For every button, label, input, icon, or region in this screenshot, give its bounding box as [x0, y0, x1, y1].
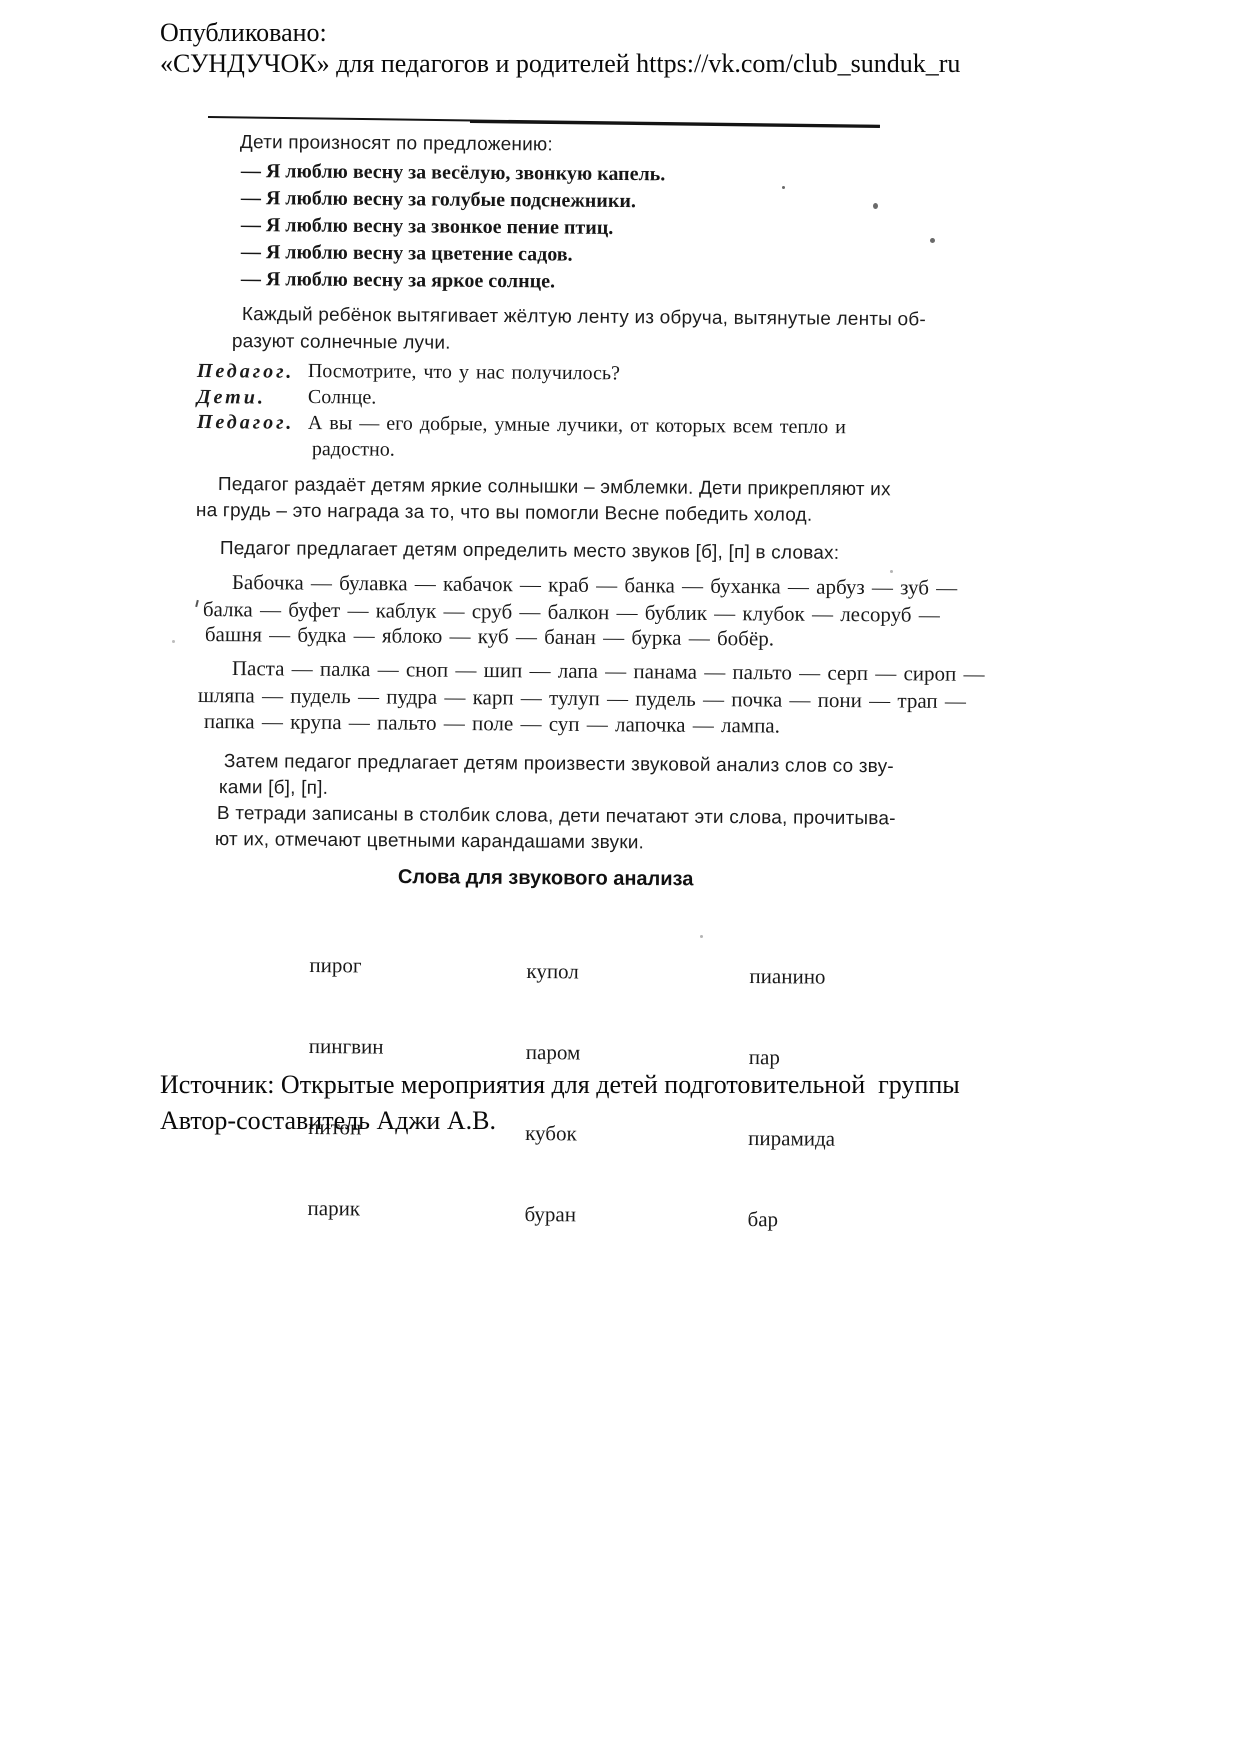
published-source: «СУНДУЧОК» для педагогов и родителей htt…	[160, 49, 960, 79]
scan-speck	[890, 570, 893, 573]
scan-task-line: Педагог предлагает детям определить мест…	[220, 538, 839, 565]
scan-love-line: — Я люблю весну за весёлую, звонкую капе…	[241, 160, 666, 186]
word: пирог	[309, 952, 384, 980]
scan-words-p-line: папка — крупа — пальто — поле — суп — ла…	[204, 709, 780, 739]
scan-words-b-line: башня — будка — яблоко — куб — банан — б…	[205, 622, 774, 651]
scan-ribbon-line1: Каждый ребёнок вытягивает жёлтую ленту и…	[242, 304, 926, 331]
speaker-text-cont: радостно.	[312, 438, 395, 462]
word: купол	[526, 958, 581, 985]
scan-line-intro: Дети произносят по предложению:	[240, 132, 553, 156]
scan-speck	[782, 186, 785, 189]
scan-love-line: — Я люблю весну за голубые подснежники.	[241, 187, 636, 213]
scan-words-p-line: Паста — палка — сноп — шип — лапа — пана…	[232, 656, 985, 687]
source-line2: Автор-составитель Аджи А.В.	[160, 1106, 496, 1136]
speaker-label: Педагог.	[197, 411, 295, 435]
scan-analysis-line: Затем педагог предлагает детям произвест…	[224, 751, 894, 778]
word: пирамида	[748, 1125, 835, 1153]
scan-analysis-line: ками [б], [п].	[219, 777, 328, 800]
speaker-text: Солнце.	[308, 386, 377, 410]
speaker-text: А вы — его добрые, умные лучики, от кото…	[308, 412, 846, 439]
speaker-label: Педагог.	[197, 360, 295, 384]
scan-speck	[195, 600, 199, 607]
words-title: Слова для звукового анализа	[398, 866, 694, 891]
scan-love-line: — Я люблю весну за цветение садов.	[241, 241, 573, 267]
scan-words-b-line: Бабочка — булавка — кабачок — краб — бан…	[232, 570, 958, 601]
scan-ribbon-line2: разуют солнечные лучи.	[232, 331, 451, 355]
word: бар	[747, 1206, 834, 1234]
speaker-label: Дети.	[197, 386, 266, 410]
source-line1: Источник: Открытые мероприятия для детей…	[160, 1070, 960, 1100]
scan-speck	[172, 640, 175, 643]
scan-speck	[873, 203, 878, 209]
word: пианино	[749, 963, 836, 991]
word: кубок	[525, 1120, 580, 1147]
word: буран	[524, 1201, 579, 1228]
scan-emblem-line2: на грудь – это награда за то, что вы пом…	[196, 500, 813, 527]
word: парик	[307, 1195, 382, 1223]
scan-speck	[700, 935, 703, 938]
speaker-text: Посмотрите, что у нас получилось?	[308, 360, 620, 385]
scan-analysis-line: В тетради записаны в столбик слова, дети…	[217, 803, 896, 830]
scan-analysis-line: ют их, отмечают цветными карандашами зву…	[215, 829, 644, 854]
scan-love-line: — Я люблю весну за яркое солнце.	[241, 268, 555, 293]
word: пар	[749, 1044, 836, 1072]
word: пингвин	[309, 1033, 384, 1061]
word: паром	[526, 1039, 581, 1066]
scan-emblem-line1: Педагог раздаёт детям яркие солнышки – э…	[218, 474, 891, 501]
scan-speck	[930, 238, 935, 243]
published-label: Опубликовано:	[160, 18, 327, 48]
scan-love-line: — Я люблю весну за звонкое пение птиц.	[241, 214, 614, 240]
document-page: Опубликовано: «СУНДУЧОК» для педагогов и…	[0, 0, 1240, 1754]
